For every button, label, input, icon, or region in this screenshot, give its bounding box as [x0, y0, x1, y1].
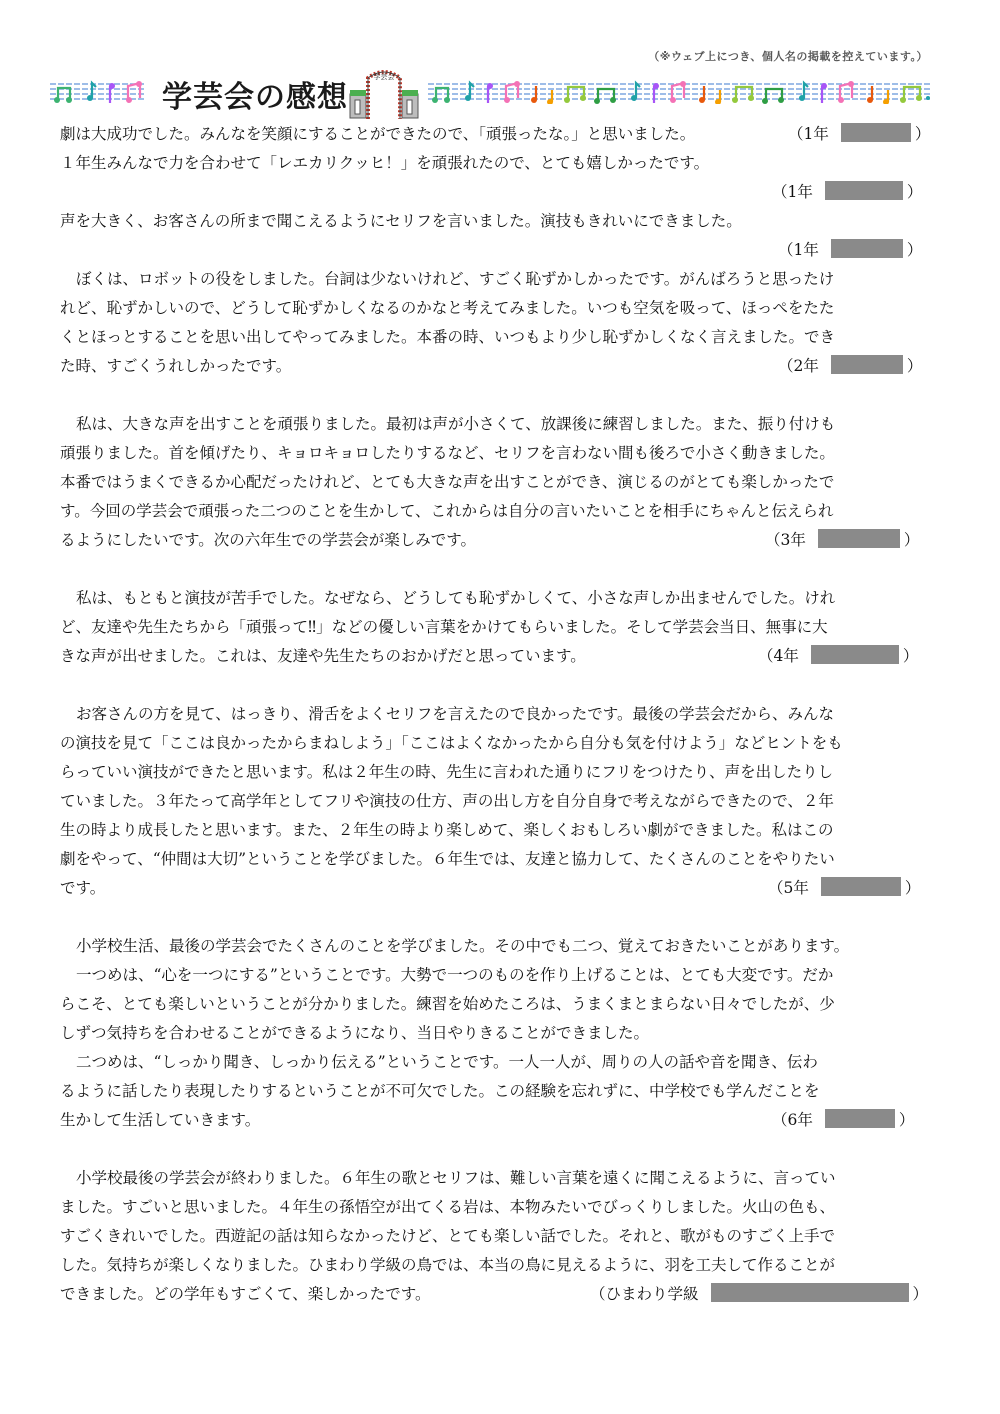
grade-signature: （ひまわり学級）: [590, 1280, 928, 1309]
entry-line: の演技を見て「ここは良かったからまねしよう」「ここはよくなかったから自分も気を付…: [60, 729, 940, 758]
redacted-name: [811, 645, 899, 664]
entry-line: お客さんの方を見て、はっきり、滑舌をよくセリフを言えたので良かったです。最後の学…: [60, 700, 940, 729]
grade-signature: （3年）: [765, 526, 919, 555]
entry-line: 生かして生活していきます。 （6年）: [60, 1106, 940, 1135]
redacted-name: [841, 123, 911, 142]
entry-line: 一つめは、“心を一つにする”ということです。大勢で一つのものを作り上げることは、…: [60, 961, 940, 990]
entry-line: 小学校最後の学芸会が終わりました。６年生の歌とセリフは、難しい言葉を遠くに聞こえ…: [60, 1164, 940, 1193]
grade-signature-line: （1年）: [60, 236, 940, 265]
entry-line: るように話したり表現したりするということが不可欠でした。この経験を忘れずに、中学…: [60, 1077, 940, 1106]
entry-line: できました。どの学年もすごくて、楽しかったです。 （ひまわり学級）: [60, 1280, 940, 1309]
entry-line: ど、友達や先生たちから「頑張って‼」などの優しい言葉をかけてもらいました。そして…: [60, 613, 940, 642]
entry-line: ました。すごいと思いました。４年生の孫悟空が出てくる岩は、本物みたいでびっくりし…: [60, 1193, 940, 1222]
entry-line: ていました。３年たって高学年としてフリや演技の仕方、声の出し方を自分自身で考えな…: [60, 787, 940, 816]
redacted-name: [831, 355, 903, 374]
redacted-name: [821, 877, 901, 896]
grade-signature: （1年）: [788, 120, 930, 149]
entry-line: らこそ、とても楽しいということが分かりました。練習を始めたころは、うまくまとまら…: [60, 990, 940, 1019]
entry-line: きな声が出せました。これは、友達や先生たちのおかげだと思っています。 （4年）: [60, 642, 940, 671]
music-staff-right-icon: [428, 80, 930, 104]
page-header: 学芸会の感想 学芸会: [50, 62, 930, 120]
impressions-content: 劇は大成功でした。みんなを笑顔にすることができたので、「頑張ったな。」と思いまし…: [60, 120, 940, 1309]
grade-signature-line: （1年）: [60, 178, 940, 207]
grade-signature: （1年）: [778, 236, 922, 265]
redacted-name: [831, 239, 903, 258]
entry-line: ぼくは、ロボットの役をしました。台詞は少ないけれど、すごく恥ずかしかったです。が…: [60, 265, 940, 294]
school-gate-icon: 学芸会: [346, 62, 422, 120]
entry-line: れど、恥ずかしいので、どうして恥ずかしくなるのかなと考えてみました。いつも空気を…: [60, 294, 940, 323]
entry-line: すごくきれいでした。西遊記の話は知らなかったけど、とても楽しい話でした。それと、…: [60, 1222, 940, 1251]
grade-signature: （5年）: [768, 874, 920, 903]
entry-line: 声を大きく、お客さんの所まで聞こえるようにセリフを言いました。演技もきれいにでき…: [60, 207, 940, 236]
grade-signature: （4年）: [758, 642, 918, 671]
entry-line: しずつ気持ちを合わせることができるようになり、当日やりきることができました。: [60, 1019, 940, 1048]
entry-line: らっていい演技ができたと思います。私は２年生の時、先生に言われた通りにフリをつけ…: [60, 758, 940, 787]
grade-signature: （2年）: [778, 352, 922, 381]
svg-text:学芸会: 学芸会: [374, 72, 395, 81]
redacted-name: [818, 529, 900, 548]
redacted-name: [825, 181, 903, 200]
entry-line: た時、すごくうれしかったです。 （2年）: [60, 352, 940, 381]
entry-line: 二つめは、“しっかり聞き、しっかり伝える”ということです。一人一人が、周りの人の…: [60, 1048, 940, 1077]
entry-line: 私は、もともと演技が苦手でした。なぜなら、どうしても恥ずかしくて、小さな声しか出…: [60, 584, 940, 613]
grade-signature: （6年）: [772, 1106, 914, 1135]
entry-line: した。気持ちが楽しくなりました。ひまわり学級の鳥では、本当の鳥に見えるように、羽…: [60, 1251, 940, 1280]
entry-line: １年生みんなで力を合わせて「レエカリクッヒ！」を頑張れたので、とても嬉しかったで…: [60, 149, 940, 178]
entry-line: 劇は大成功でした。みんなを笑顔にすることができたので、「頑張ったな。」と思いまし…: [60, 120, 940, 149]
entry-line: 本番ではうまくできるか心配だったけれど、とても大きな声を出すことができ、演じるの…: [60, 468, 940, 497]
grade-signature: （1年）: [772, 178, 922, 207]
entry-line: 私は、大きな声を出すことを頑張りました。最初は声が小さくて、放課後に練習しました…: [60, 410, 940, 439]
entry-line: す。今回の学芸会で頑張った二つのことを生かして、これからは自分の言いたいことを相…: [60, 497, 940, 526]
page-title: 学芸会の感想: [162, 72, 348, 116]
entry-line: るようにしたいです。次の六年生での学芸会が楽しみです。 （3年）: [60, 526, 940, 555]
entry-line: です。 （5年）: [60, 874, 940, 903]
redacted-name: [825, 1109, 895, 1128]
entry-line: くとほっとすることを思い出してやってみました。本番の時、いつもより少し恥ずかしく…: [60, 323, 940, 352]
entry-line: 小学校生活、最後の学芸会でたくさんのことを学びました。その中でも二つ、覚えておき…: [60, 932, 940, 961]
entry-line: 頑張りました。首を傾げたり、キョロキョロしたりするなど、セリフを言わない間も後ろ…: [60, 439, 940, 468]
redacted-name: [711, 1283, 909, 1302]
entry-line: 生の時より成長したと思います。また、２年生の時より楽しめて、楽しくおもしろい劇が…: [60, 816, 940, 845]
entry-line: 劇をやって、“仲間は大切”ということを学びました。６年生では、友達と協力して、た…: [60, 845, 940, 874]
music-staff-left-icon: [50, 80, 145, 104]
